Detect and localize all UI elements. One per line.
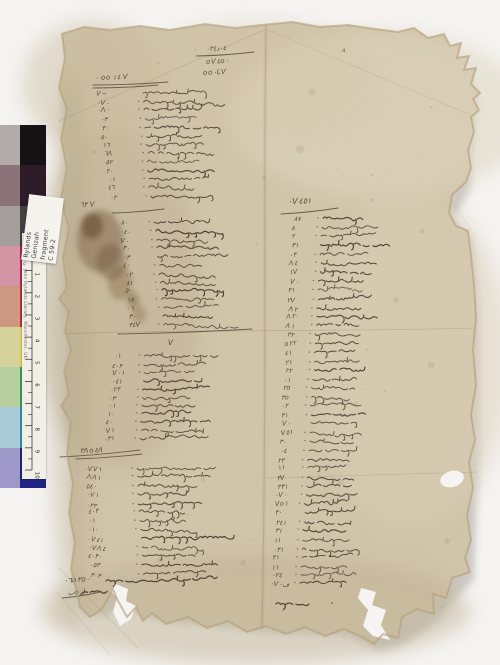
row-marker: ٢V xyxy=(287,296,296,304)
ink-dot xyxy=(311,315,312,316)
tail-glyphs: ٠٦o٢o٠ xyxy=(64,574,91,585)
ink-dot xyxy=(305,404,306,405)
header-line: oo٠LV xyxy=(203,68,228,77)
speckle xyxy=(454,457,455,458)
row-marker: ٨٠ xyxy=(120,219,127,227)
speckle xyxy=(251,471,252,472)
ruler-number: 8 xyxy=(34,428,40,432)
section-heading: ٦٣ V xyxy=(80,200,96,209)
row-marker: ٢١ xyxy=(285,358,293,366)
speckle xyxy=(183,310,186,313)
row-marker: ٦Λ xyxy=(104,149,113,157)
speckle xyxy=(365,348,368,351)
ink-dot xyxy=(309,361,310,362)
ink-dot xyxy=(313,280,314,281)
ink-dot xyxy=(140,143,141,144)
row-marker: ٢٠ xyxy=(106,167,113,175)
ink-dot xyxy=(151,246,152,247)
ink-dot xyxy=(315,271,316,272)
row-marker: ٠١ xyxy=(109,402,116,410)
header-line: ٠٣٤د٠٤ xyxy=(206,44,227,53)
color-swatch xyxy=(0,206,20,246)
ink-dot xyxy=(154,264,155,265)
ink-dot xyxy=(311,324,312,325)
row-marker: ٠١ xyxy=(108,175,115,183)
ruler: Image © John Rylands Library, Manchester… xyxy=(22,233,46,479)
row-marker: ٣٠ xyxy=(275,508,283,517)
speckle xyxy=(261,121,262,122)
row-marker: ٠٤١ xyxy=(112,377,122,385)
ink-dot xyxy=(134,510,135,511)
row-marker: ٠Λ٠ xyxy=(97,106,110,114)
ink-dot xyxy=(136,412,137,413)
section-heading: ٠V٤٥١ xyxy=(288,196,312,206)
speckle xyxy=(157,62,159,64)
row-marker: Λ١ xyxy=(284,322,295,331)
ink-dot xyxy=(312,289,313,290)
ruler-number: 4 xyxy=(34,339,40,343)
ink-dot xyxy=(137,546,138,547)
speckle xyxy=(187,514,189,516)
ink-dot xyxy=(296,556,297,557)
ink-dot xyxy=(297,539,298,540)
ink-dot xyxy=(309,333,310,334)
color-swatch xyxy=(0,407,20,447)
row-marker: ١٠ xyxy=(107,410,114,418)
row-marker: ٥٤٠ xyxy=(86,482,97,490)
ink-dot xyxy=(295,573,296,574)
ruler-number: 5 xyxy=(34,361,40,365)
row-marker: ١V xyxy=(289,267,299,276)
ink-dot xyxy=(132,475,133,476)
ink-dot xyxy=(148,221,149,222)
stray-mark: Λ xyxy=(341,48,347,54)
ruler-number: 2 xyxy=(34,295,40,299)
ink-dot xyxy=(311,307,312,308)
ink-dot xyxy=(151,239,152,240)
ink-dot xyxy=(138,364,139,365)
row-marker: ٠٦ xyxy=(126,304,134,312)
ink-dot xyxy=(297,528,298,529)
row-marker: ٠١ xyxy=(114,352,122,361)
row-marker: ٠V١ xyxy=(86,490,99,499)
row-marker: ٠V٠ xyxy=(275,491,288,500)
ink-dot xyxy=(309,369,310,370)
ink-dot xyxy=(314,254,315,255)
ink-dot xyxy=(315,262,316,263)
ink-dot xyxy=(137,396,138,397)
row-marker: V٠ xyxy=(282,419,291,428)
shelfmark-label: Rylands Genizah fragment C 59-2 xyxy=(21,194,64,264)
row-marker: ٤٠٣٠ xyxy=(87,552,101,561)
ink-dot xyxy=(132,503,133,504)
section-heading: V xyxy=(168,338,174,347)
ink-dot xyxy=(304,440,305,441)
speckle xyxy=(159,551,160,552)
ink-dot xyxy=(142,169,143,170)
speckle xyxy=(159,543,160,544)
speckle xyxy=(250,539,252,541)
color-swatch xyxy=(0,367,20,407)
speckle xyxy=(371,173,374,176)
color-swatch-row xyxy=(0,125,46,165)
row-marker: ٢o xyxy=(283,383,292,392)
ink-dot xyxy=(306,386,307,387)
speckle xyxy=(384,390,387,393)
ruler-number: 9 xyxy=(34,450,40,454)
ink-dot xyxy=(143,178,144,179)
row-marker: ٣١ xyxy=(272,553,280,562)
ink-dot xyxy=(317,217,318,218)
color-swatch xyxy=(0,448,20,488)
ink-dot xyxy=(137,389,138,390)
row-marker: ١١ xyxy=(277,463,285,472)
speckle xyxy=(138,352,139,353)
ink-dot xyxy=(315,235,316,236)
row-marker: ٤١ xyxy=(284,349,291,357)
speckle xyxy=(170,593,172,595)
speckle xyxy=(219,395,220,396)
speckle xyxy=(170,589,171,590)
color-swatch xyxy=(0,286,20,326)
row-marker: Λ٤ xyxy=(288,259,298,267)
row-marker: ١٦ xyxy=(103,141,110,149)
ruler-scale: 012345678910cm xyxy=(22,233,46,479)
ink-dot xyxy=(131,467,132,468)
section-heading: ٠ oo ı٤ V xyxy=(95,73,129,82)
ink-dot xyxy=(306,396,307,397)
ink-dot xyxy=(143,186,144,187)
row-marker: ٠٢٤ xyxy=(272,571,283,579)
ink-dot xyxy=(295,566,296,567)
header-line: oV٤o٠ xyxy=(206,57,230,66)
row-marker: ١١ xyxy=(273,536,281,545)
speckle xyxy=(123,182,124,183)
speckle xyxy=(343,384,344,385)
ink-dot xyxy=(139,371,140,372)
row-marker: ١٨ xyxy=(127,295,135,303)
speckle xyxy=(194,67,195,68)
ink-dot xyxy=(156,289,157,290)
speckle xyxy=(171,89,172,90)
row-marker: V٥١ xyxy=(280,428,293,437)
row-marker: ٠٤ xyxy=(280,447,288,455)
row-marker: ٠٥٣ xyxy=(90,561,102,569)
ruler-number: 6 xyxy=(34,383,40,387)
speckle xyxy=(342,174,344,176)
color-swatch xyxy=(0,125,20,165)
row-marker: V~ xyxy=(96,90,108,98)
ink-dot xyxy=(141,135,142,136)
photograph: ٠٣٤د٠٤oV٤o٠oo٠LVΛ٠ oo ı٤ VV~٠V٠٠Λ٠٠٣٣٠٥٠… xyxy=(0,0,500,665)
speckle xyxy=(113,479,114,480)
ink-dot xyxy=(158,307,159,308)
color-swatch xyxy=(0,165,20,205)
ink-dot xyxy=(137,554,138,555)
ink-dot xyxy=(331,602,333,604)
row-marker: ٥٠ xyxy=(125,286,132,294)
row-marker: ٣V xyxy=(276,473,286,482)
ink-dot xyxy=(302,459,303,460)
ink-dot xyxy=(297,548,298,549)
row-marker: ٣٠ xyxy=(122,244,129,252)
ink-dot xyxy=(145,195,146,196)
ink-dot xyxy=(150,230,151,231)
ink-dot xyxy=(134,519,135,520)
ink-dot xyxy=(153,273,154,274)
ink-dot xyxy=(136,404,137,405)
row-marker: Λ٢٠ xyxy=(285,312,299,321)
row-marker: ٠١ xyxy=(88,516,96,525)
speckle xyxy=(195,49,197,51)
manuscript-sheet-svg: ٠٣٤د٠٤oV٤o٠oo٠LVΛ٠ oo ı٤ VV~٠V٠٠Λ٠٠٣٣٠٥٠… xyxy=(0,0,500,665)
ink-dot xyxy=(136,563,137,564)
speckle xyxy=(396,300,398,302)
ink-dot xyxy=(139,355,140,356)
ink-dot xyxy=(302,466,303,467)
color-swatch xyxy=(0,246,20,286)
speckle xyxy=(256,241,257,242)
row-marker: ٣٠ xyxy=(129,312,136,320)
ink-dot xyxy=(302,477,303,478)
row-marker: ٣١ xyxy=(287,286,294,294)
row-marker: ٣٤V xyxy=(128,320,141,329)
ink-dot xyxy=(306,414,307,415)
row-marker: Vo١ xyxy=(275,499,289,508)
ink-dot xyxy=(135,421,136,422)
ink-dot xyxy=(307,378,308,379)
ink-dot xyxy=(303,449,304,450)
row-marker: ΛΛ١ xyxy=(85,472,101,481)
ink-dot xyxy=(138,108,139,109)
ink-dot xyxy=(139,127,140,128)
color-swatch xyxy=(0,327,20,367)
row-marker: ٣o xyxy=(281,393,290,401)
ink-dot xyxy=(294,582,295,583)
ink-dot xyxy=(138,573,139,574)
speckle xyxy=(156,312,158,314)
row-marker: ٠V٠ڡ xyxy=(270,580,290,589)
ink-dot xyxy=(135,528,136,529)
shelfmark-text: Rylands Genizah fragment C 59-2 xyxy=(21,194,64,264)
color-swatch xyxy=(20,125,46,165)
row-marker: ٣١ xyxy=(275,526,283,535)
ink-dot xyxy=(140,117,141,118)
speckle xyxy=(244,304,246,306)
row-marker: ٤٠ xyxy=(105,418,112,426)
row-marker: ٠٣١ xyxy=(103,434,114,443)
speckle xyxy=(205,395,206,396)
speckle xyxy=(96,583,98,585)
speckle xyxy=(417,153,419,155)
section-heading: ٣Λo٤Λ xyxy=(80,446,104,455)
ink-dot xyxy=(310,342,311,343)
speckle xyxy=(430,106,432,108)
ink-dot xyxy=(304,432,305,433)
row-marker: ٤٠ xyxy=(122,261,130,270)
ink-dot xyxy=(138,101,139,102)
speckle xyxy=(318,474,320,476)
speckle xyxy=(441,606,443,608)
row-marker: V٠ xyxy=(290,278,299,287)
row-marker: ٣٠ xyxy=(101,124,109,133)
ink-dot xyxy=(158,324,159,325)
ink-dot xyxy=(313,298,314,299)
speckle xyxy=(322,215,323,216)
ruler-number: 10 xyxy=(34,472,40,479)
ink-dot xyxy=(309,351,310,352)
ink-dot xyxy=(155,282,156,283)
ink-dot xyxy=(299,502,300,503)
ink-dot xyxy=(301,494,302,495)
row-marker: V٠١ xyxy=(112,369,124,377)
ink-dot xyxy=(156,298,157,299)
ink-dot xyxy=(132,493,133,494)
ruler-number: 1 xyxy=(34,272,40,276)
ink-dot xyxy=(142,152,143,153)
ink-dot xyxy=(142,160,143,161)
ink-dot xyxy=(317,226,318,227)
ruler-number: 3 xyxy=(34,317,40,321)
row-marker: ٣١ xyxy=(292,241,299,249)
ink-dot xyxy=(136,429,137,430)
speckle xyxy=(184,116,185,117)
speckle xyxy=(364,389,366,391)
speckle xyxy=(256,243,258,245)
ink-dot xyxy=(301,485,302,486)
ink-dot xyxy=(299,521,300,522)
row-marker: ٠٤٠ xyxy=(120,227,131,236)
row-marker: ٠١٠ xyxy=(87,525,98,534)
row-marker: ٣٠ xyxy=(279,438,287,447)
ruler-number: 7 xyxy=(34,405,40,409)
ink-dot xyxy=(134,437,135,438)
ink-dot xyxy=(132,485,133,486)
